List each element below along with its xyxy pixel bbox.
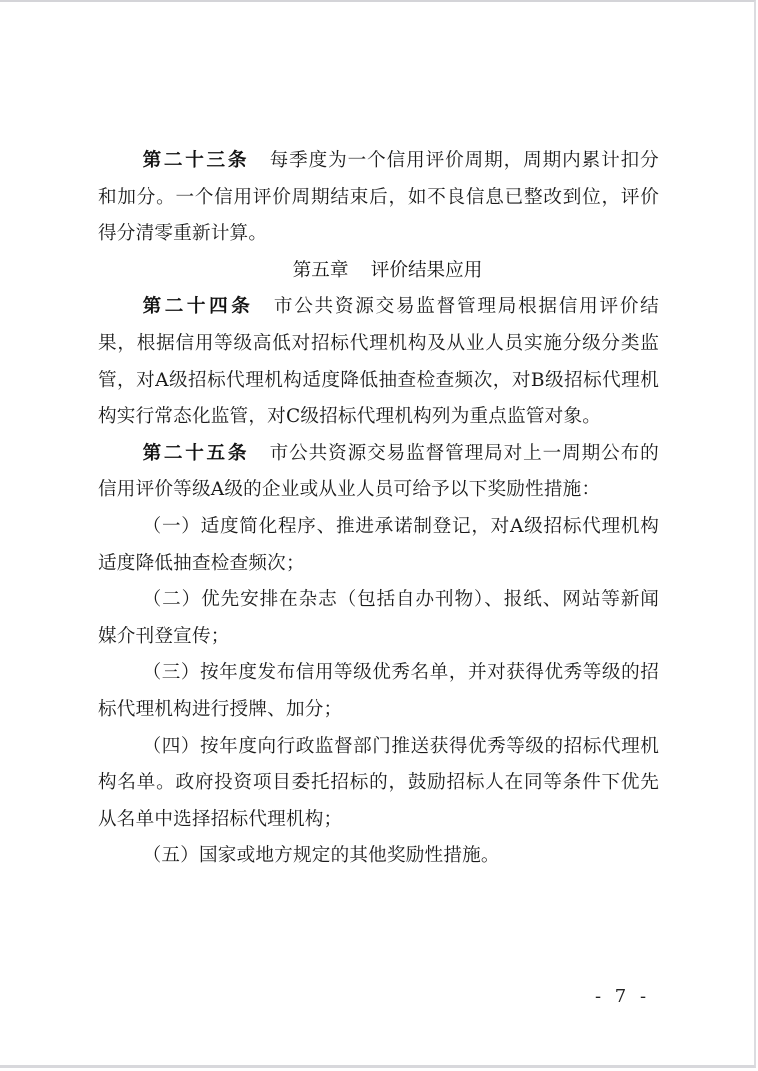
chapter-title: 评价结果应用 xyxy=(371,260,483,281)
article-25: 第二十五条市公共资源交易监督管理局对上一周期公布的信用评价等级A级的企业或从业人… xyxy=(98,436,659,509)
chapter-heading: 第五章评价结果应用 xyxy=(98,253,659,290)
article-number: 第二十五条 xyxy=(143,443,250,464)
list-item: （四）按年度向行政监督部门推送获得优秀等级的招标代理机构名单。政府投资项目委托招… xyxy=(98,729,659,839)
list-item: （五）国家或地方规定的其他奖励性措施。 xyxy=(98,838,659,875)
page-content: 第二十三条每季度为一个信用评价周期，周期内累计扣分和加分。一个信用评价周期结束后… xyxy=(98,143,659,875)
chapter-number: 第五章 xyxy=(293,260,349,281)
article-number: 第二十三条 xyxy=(143,150,250,171)
article-number: 第二十四条 xyxy=(143,296,254,317)
article-23: 第二十三条每季度为一个信用评价周期，周期内累计扣分和加分。一个信用评价周期结束后… xyxy=(98,143,659,253)
list-item: （二）优先安排在杂志（包括自办刊物）、报纸、网站等新闻媒介刊登宣传； xyxy=(98,582,659,655)
page-number: - 7 - xyxy=(595,986,650,1007)
article-24: 第二十四条市公共资源交易监督管理局根据信用评价结果，根据信用等级高低对招标代理机… xyxy=(98,289,659,435)
document-page: 第二十三条每季度为一个信用评价周期，周期内累计扣分和加分。一个信用评价周期结束后… xyxy=(0,0,756,1068)
list-item: （一）适度简化程序、推进承诺制登记，对A级招标代理机构适度降低抽查检查频次； xyxy=(98,509,659,582)
list-item: （三）按年度发布信用等级优秀名单，并对获得优秀等级的招标代理机构进行授牌、加分； xyxy=(98,655,659,728)
